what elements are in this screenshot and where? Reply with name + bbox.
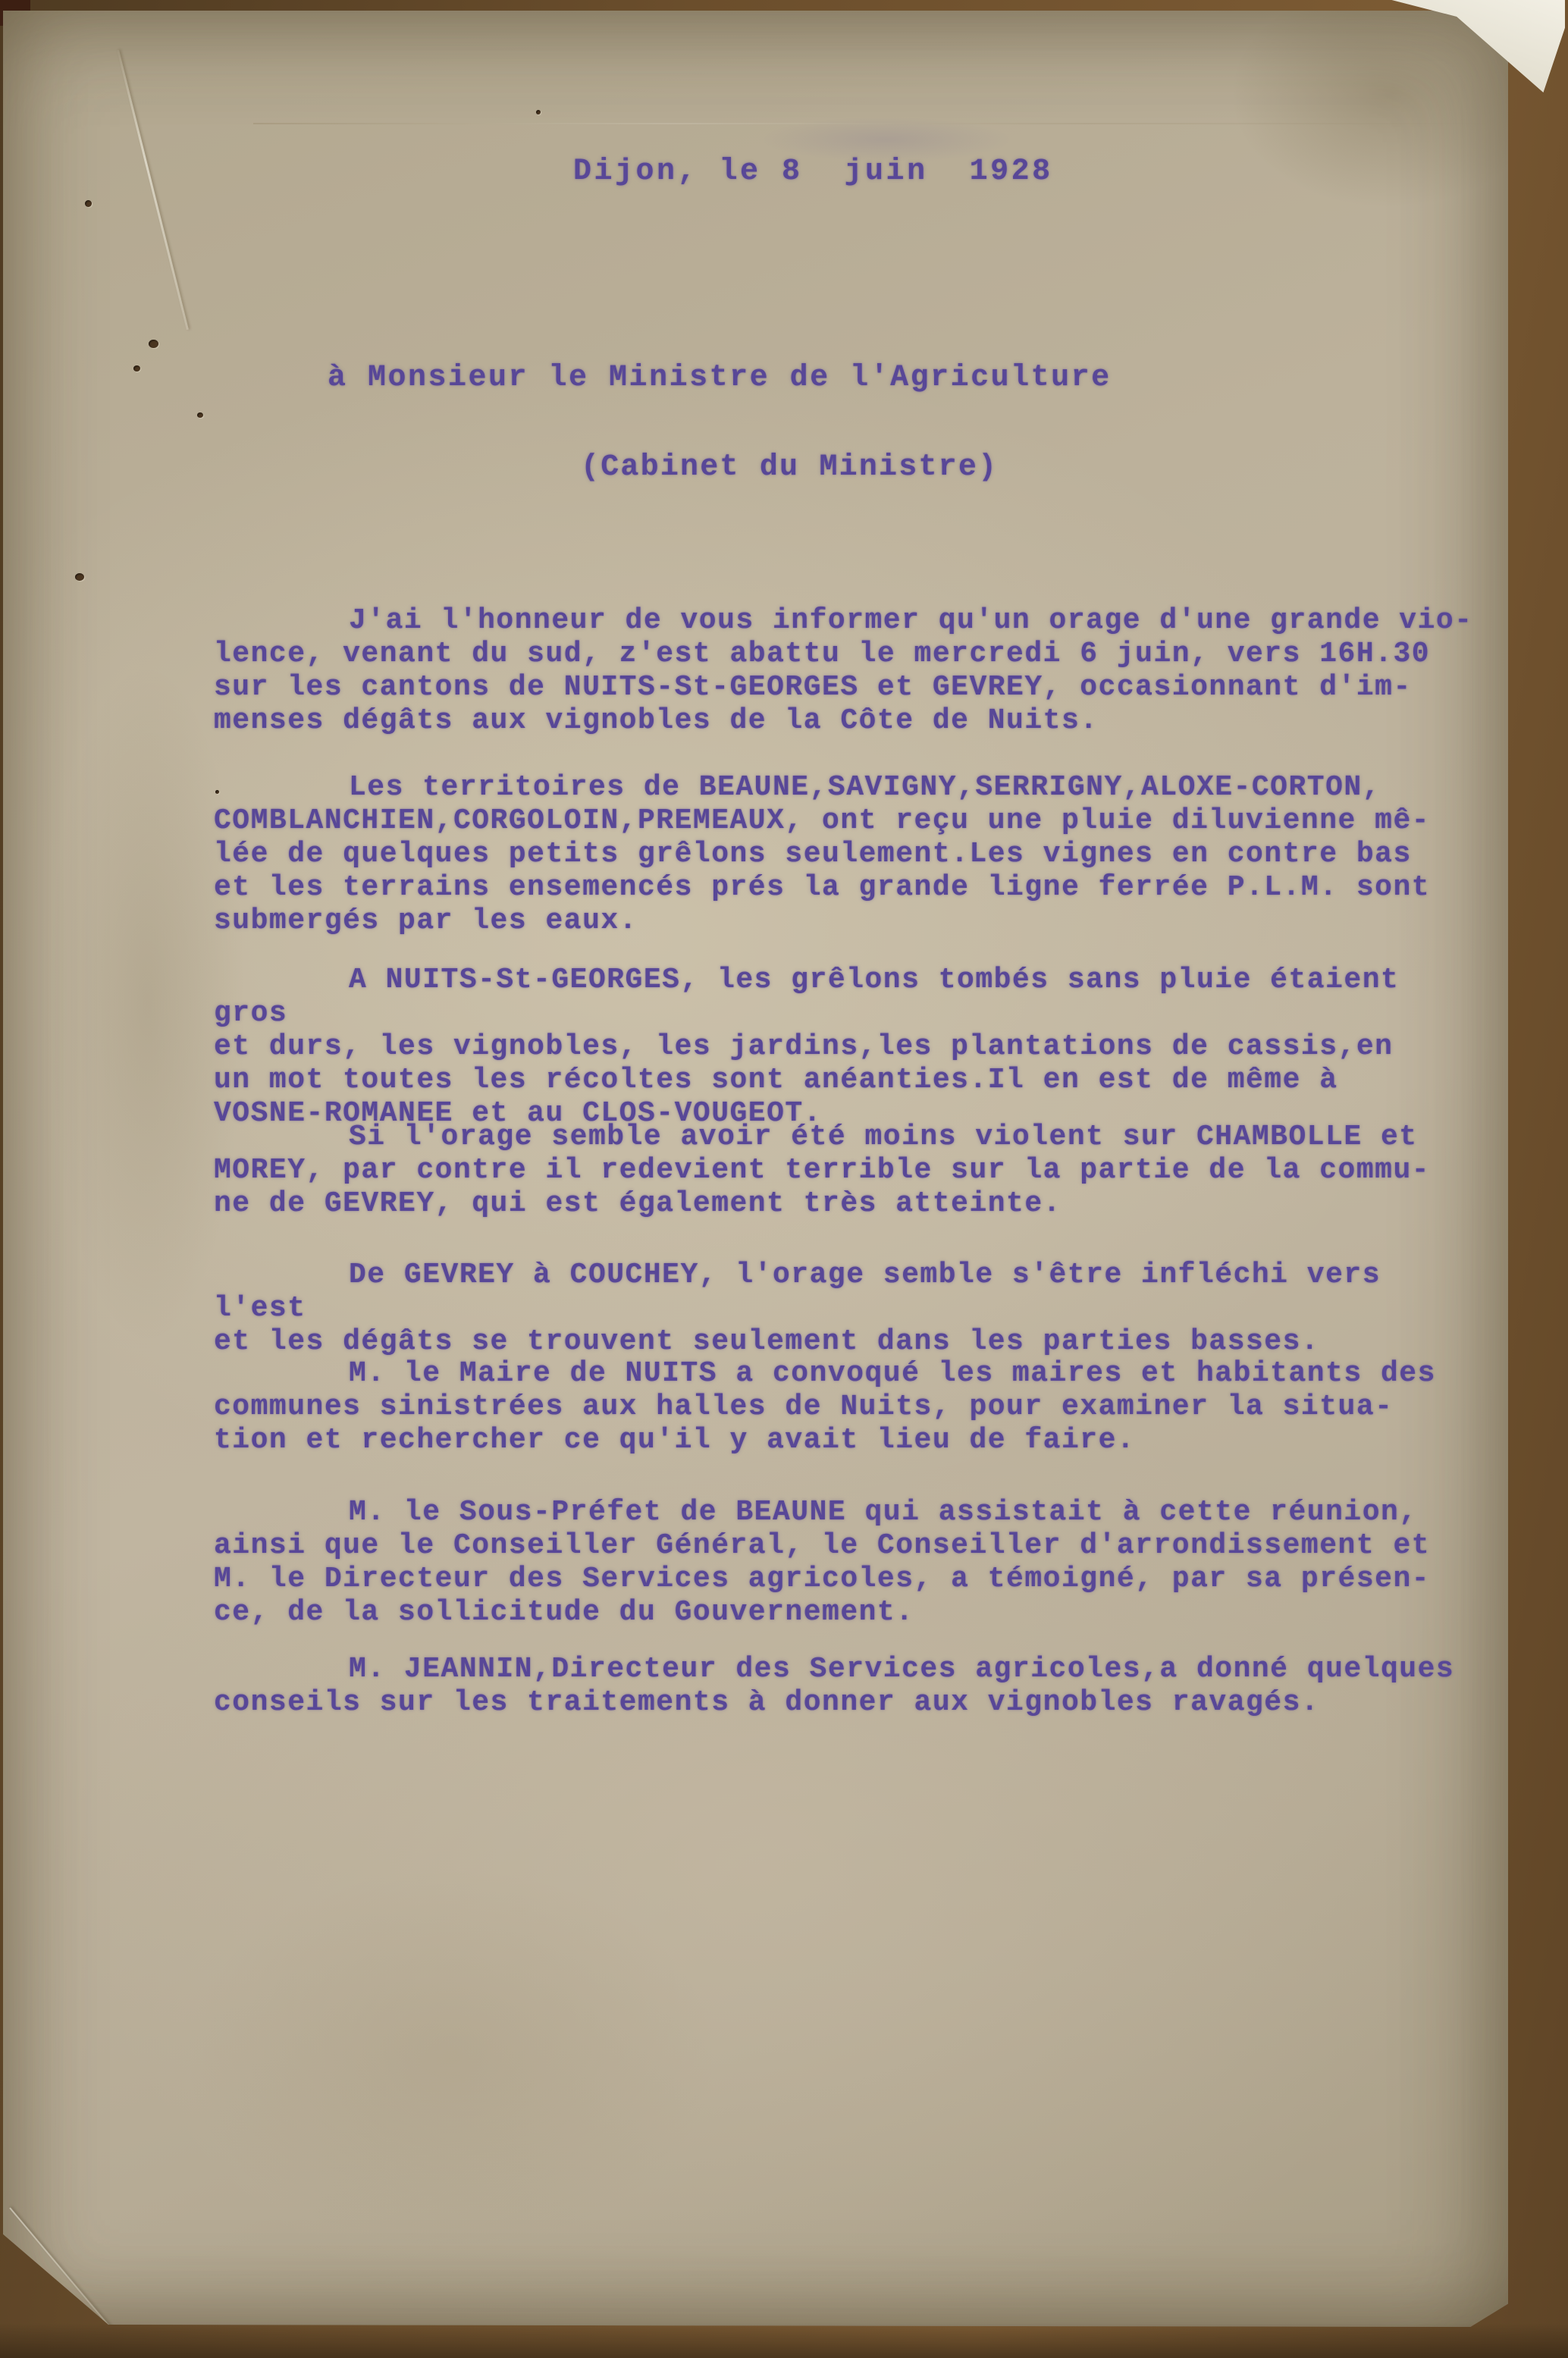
letter-paragraph: M. JEANNIN,Directeur des Services agrico… [214, 1653, 1488, 1720]
paper-hole [85, 200, 92, 207]
paper-hole [75, 573, 84, 581]
letter-paragraph: J'ai l'honneur de vous informer qu'un or… [214, 604, 1488, 738]
paper-hole [197, 412, 203, 418]
paper-crease [253, 123, 1504, 124]
letter-paragraph: M. le Maire de NUITS a convoqué les mair… [214, 1357, 1488, 1457]
letter-paragraph: Si l'orage semble avoir été moins violen… [214, 1121, 1488, 1221]
salutation: à Monsieur le Ministre de l'Agriculture [328, 361, 1112, 395]
paper-stain [185, 1868, 716, 2247]
document-page: Dijon, le 8 juin 1928 à Monsieur le Mini… [3, 11, 1508, 2327]
letter-paragraph: A NUITS-St-GEORGES, les grêlons tombés s… [214, 964, 1488, 1130]
letter-paragraph: De GEVREY à COUCHEY, l'orage semble s'êt… [214, 1259, 1488, 1359]
paper-speck [536, 110, 541, 114]
letter-paragraph: Les territoires de BEAUNE,SAVIGNY,SERRIG… [214, 771, 1488, 938]
letter-paragraph: M. le Sous-Préfet de BEAUNE qui assistai… [214, 1496, 1488, 1629]
photographed-archival-letter: { "letter": { "dateline": "Dijon, le 8 j… [0, 0, 1568, 2358]
paper-crease [117, 50, 189, 330]
dateline: Dijon, le 8 juin 1928 [573, 155, 1053, 189]
paper-hole [133, 365, 140, 372]
paper-hole [149, 340, 158, 348]
salutation-sub: (Cabinet du Ministre) [581, 450, 998, 484]
table-backing-shadow [0, 2323, 1568, 2358]
